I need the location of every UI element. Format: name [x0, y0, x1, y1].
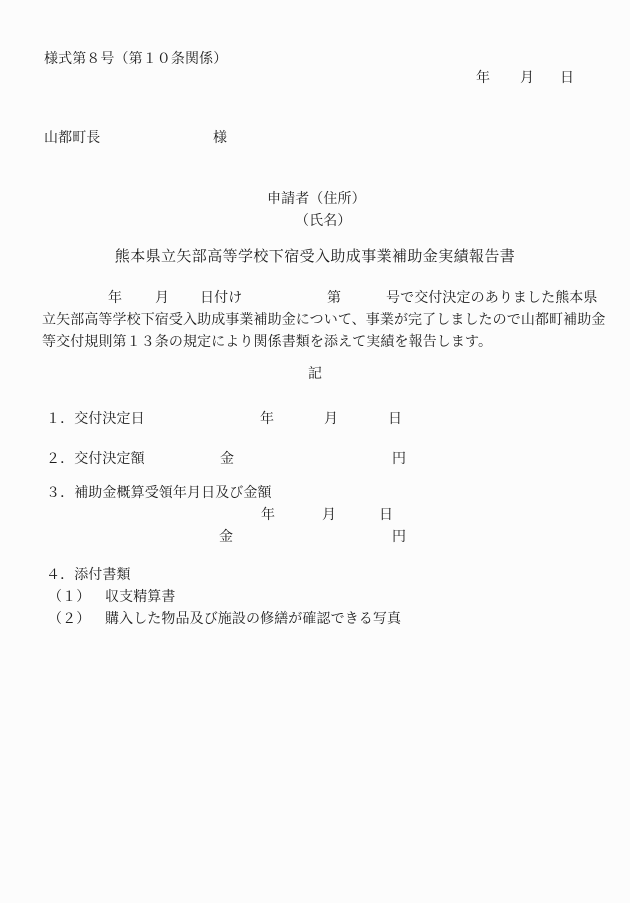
- item-1-label: １．交付決定日: [46, 409, 145, 429]
- item-2-label: ２．交付決定額: [46, 449, 145, 469]
- body-line-1-rest: 号で交付決定のありました熊本県: [386, 288, 598, 308]
- item-3-date-line: 年 月 日: [0, 505, 630, 525]
- body-year-label: 年: [108, 288, 122, 308]
- body-line-2: 立矢部高等学校下宿受入助成事業補助金について、事業が完了しましたので山都町補助金: [0, 310, 630, 330]
- body-line-3-text: 等交付規則第１３条の規定により関係書類を添えて実績を報告します。: [42, 332, 492, 352]
- body-month-label: 月: [155, 288, 169, 308]
- item-2-kin-label: 金: [220, 449, 234, 469]
- form-number-line: 様式第８号（第１０条関係）: [0, 49, 630, 69]
- item-3-amount-line: 金 円: [0, 527, 630, 547]
- body-number-prefix: 第: [327, 288, 341, 308]
- applicant-name-line: （氏名）: [0, 211, 630, 231]
- item-3-kin-label: 金: [219, 527, 233, 547]
- body-day-label: 日付け: [200, 288, 242, 308]
- top-date-year-label: 年: [476, 68, 490, 88]
- item-4-line: ４．添付書類: [0, 565, 630, 585]
- item-3-day-label: 日: [379, 505, 393, 525]
- item-1-day-label: 日: [388, 409, 402, 429]
- item-4-sub-1-line: （１） 収支精算書: [0, 587, 630, 607]
- addressee-line: 山都町長 様: [0, 128, 630, 148]
- top-date-month-label: 月: [520, 68, 534, 88]
- item-4-sub-1-text: 収支精算書: [105, 587, 176, 607]
- item-3-yen-label: 円: [392, 527, 406, 547]
- body-line-1: 年 月 日付け 第 号で交付決定のありました熊本県: [0, 288, 630, 308]
- item-1-line: １．交付決定日 年 月 日: [0, 409, 630, 429]
- item-2-line: ２．交付決定額 金 円: [0, 449, 630, 469]
- ki-heading: 記: [0, 364, 630, 384]
- form-number: 様式第８号（第１０条関係）: [44, 49, 227, 69]
- item-3-year-label: 年: [261, 505, 275, 525]
- applicant-name-label: （氏名）: [295, 211, 351, 231]
- document-page: 様式第８号（第１０条関係） 年 月 日 山都町長 様 申請者（住所） （氏名） …: [0, 0, 630, 903]
- item-1-month-label: 月: [324, 409, 338, 429]
- body-line-3: 等交付規則第１３条の規定により関係書類を添えて実績を報告します。: [0, 332, 630, 352]
- item-4-sub-2-number: （２）: [48, 609, 90, 629]
- addressee-name: 山都町長: [44, 128, 100, 148]
- document-title: 熊本県立矢部高等学校下宿受入助成事業補助金実績報告書: [0, 246, 630, 266]
- item-4-sub-2-text: 購入した物品及び施設の修繕が確認できる写真: [105, 609, 401, 629]
- body-line-2-text: 立矢部高等学校下宿受入助成事業補助金について、事業が完了しましたので山都町補助金: [42, 310, 605, 330]
- addressee-honorific: 様: [213, 128, 227, 148]
- top-date-line: 年 月 日: [0, 68, 630, 88]
- item-3-line: ３．補助金概算受領年月日及び金額: [0, 483, 630, 503]
- item-1-year-label: 年: [260, 409, 274, 429]
- item-4-sub-2-line: （２） 購入した物品及び施設の修繕が確認できる写真: [0, 609, 630, 629]
- applicant-address-label: 申請者（住所）: [267, 189, 366, 209]
- top-date-day-label: 日: [560, 68, 574, 88]
- item-2-yen-label: 円: [392, 449, 406, 469]
- item-3-label: ３．補助金概算受領年月日及び金額: [46, 483, 272, 503]
- item-3-month-label: 月: [322, 505, 336, 525]
- item-4-label: ４．添付書類: [46, 565, 131, 585]
- applicant-address-line: 申請者（住所）: [0, 189, 630, 209]
- item-4-sub-1-number: （１）: [48, 587, 90, 607]
